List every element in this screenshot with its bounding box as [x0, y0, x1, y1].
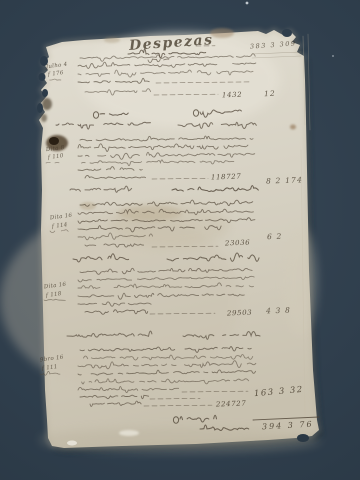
dust-speck — [332, 55, 334, 57]
entry-1-amount-column: 12 — [264, 90, 276, 98]
entry-1-amount-inline: 1432 — [222, 92, 242, 100]
entry-2-amount-column: 8 2 174 — [266, 176, 303, 185]
entry-4-amount-inline: 29503 — [227, 310, 253, 318]
entry-4-amount-column: 4 3 8 — [266, 307, 291, 315]
entry-2-amount-inline: 118727 — [211, 173, 242, 181]
entry-5-amount-inline: 224727 — [216, 400, 247, 408]
dust-speck — [246, 2, 249, 5]
entry-3-amount-column: 6 2 — [267, 233, 283, 241]
manuscript-photo: Despezas 383 3 309 394 3 76 Julho 4f 176… — [0, 0, 360, 480]
entry-3-amount-inline: 23036 — [225, 240, 251, 248]
